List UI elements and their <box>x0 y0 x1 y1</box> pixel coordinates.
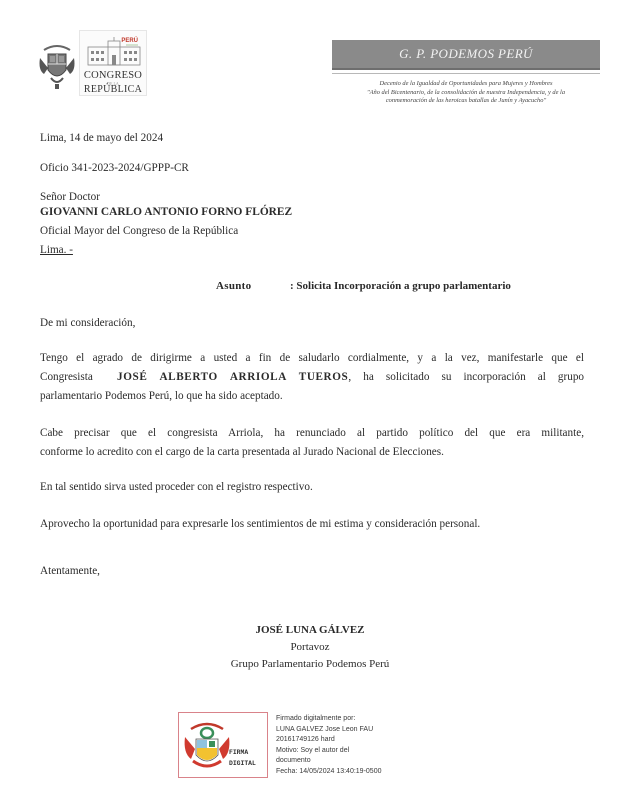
signature-line: Firmado digitalmente por: <box>276 714 381 725</box>
firma-digital-label: FIRMA DIGITAL <box>229 747 256 769</box>
p1-line2-rest: , ha solicitado su incorporación al grup… <box>348 371 584 383</box>
decenio-line: Decenio de la Igualdad de Oportunidades … <box>318 80 614 89</box>
recipient-name: GIOVANNI CARLO ANTONIO FORNO FLÓREZ <box>40 206 292 218</box>
banner-divider <box>332 73 600 74</box>
p1-line2: Congresista JOSÉ ALBERTO ARRIOLA TUEROS,… <box>40 368 584 387</box>
p1-line3: parlamentario Podemos Perú, lo que ha si… <box>40 387 584 406</box>
paragraph-incorporation: Tengo el agrado de dirigirme a usted a f… <box>40 349 584 406</box>
decenio-line: conmemoración de las heroicas batallas d… <box>318 97 614 106</box>
peru-coat-of-arms-icon <box>38 40 76 92</box>
salutation-title: Señor Doctor <box>40 191 100 203</box>
paragraph-regards: Aprovecho la oportunidad para expresarle… <box>40 518 480 530</box>
republica-word: REPÚBLICA <box>80 84 146 95</box>
p1-congresista-label: Congresista <box>40 371 93 383</box>
signer-name: JOSÉ LUNA GÁLVEZ <box>190 622 430 639</box>
decenio-line: "Año del Bicentenario, de la consolidaci… <box>318 89 614 98</box>
signature-line: 20161749126 hard <box>276 735 381 746</box>
p2-line2: conforme lo acredito con el cargo de la … <box>40 443 584 462</box>
peru-tag: PERÚ <box>121 38 138 44</box>
p1-line1: Tengo el agrado de dirigirme a usted a f… <box>40 349 584 368</box>
congressman-name: JOSÉ ALBERTO ARRIOLA TUEROS <box>117 371 348 383</box>
asunto-label: Asunto <box>216 280 251 292</box>
firma-label-2: DIGITAL <box>229 758 256 769</box>
signature-line: Motivo: Soy el autor del <box>276 746 381 757</box>
congreso-logo: PERÚ CONGRESO DE LA REPÚBLICA <box>79 30 147 96</box>
letter-date: Lima, 14 de mayo del 2024 <box>40 132 163 144</box>
recipient-role: Oficial Mayor del Congreso de la Repúbli… <box>40 225 238 237</box>
paragraph-resignation: Cabe precisar que el congresista Arriola… <box>40 424 584 462</box>
letter-page: PERÚ CONGRESO DE LA REPÚBLICA G. P. PODE… <box>0 0 620 801</box>
paragraph-registration: En tal sentido sirva usted proceder con … <box>40 481 313 493</box>
signer-role: Portavoz <box>190 639 430 656</box>
recipient-city: Lima. - <box>40 244 73 256</box>
signer-group: Grupo Parlamentario Podemos Perú <box>190 656 430 673</box>
asunto-value: : Solicita Incorporación a grupo parlame… <box>290 280 511 292</box>
p2-line1: Cabe precisar que el congresista Arriola… <box>40 424 584 443</box>
signature-line: Fecha: 14/05/2024 13:40:19-0500 <box>276 767 381 778</box>
signature-line: LUNA GALVEZ Jose Leon FAU <box>276 725 381 736</box>
oficio-number: Oficio 341-2023-2024/GPPP-CR <box>40 162 189 174</box>
signature-block: JOSÉ LUNA GÁLVEZ Portavoz Grupo Parlamen… <box>190 622 430 673</box>
digital-signature-details: Firmado digitalmente por: LUNA GALVEZ Jo… <box>276 714 381 778</box>
decenio-text: Decenio de la Igualdad de Oportunidades … <box>318 80 614 106</box>
congreso-word: CONGRESO <box>80 70 146 81</box>
greeting: De mi consideración, <box>40 317 135 329</box>
signature-line: documento <box>276 756 381 767</box>
peru-coat-of-arms-icon <box>183 717 231 775</box>
digital-signature-stamp: FIRMA DIGITAL <box>178 712 268 778</box>
party-banner: G. P. PODEMOS PERÚ <box>332 40 600 70</box>
banner-title: G. P. PODEMOS PERÚ <box>399 46 533 62</box>
closing: Atentamente, <box>40 565 100 577</box>
firma-label-1: FIRMA <box>229 747 256 758</box>
